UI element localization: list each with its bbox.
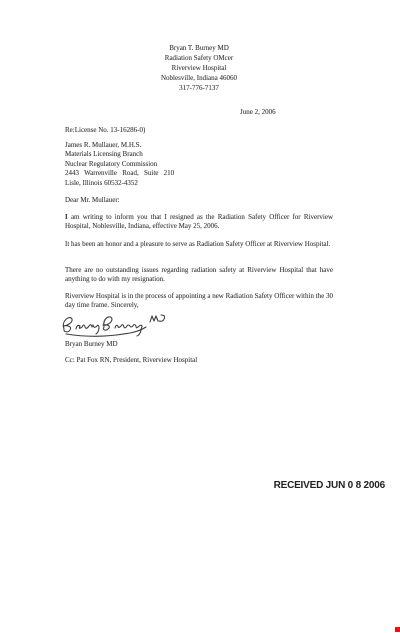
body-paragraph-3: There are no outstanding issues regardin…	[65, 266, 333, 284]
letter-date: June 2, 2006	[240, 108, 276, 117]
signature-ink-strokes	[58, 313, 170, 341]
recipient-city: Lisle, Illinois 60532-4352	[65, 179, 174, 188]
recipient-branch: Materials Licensing Branch	[65, 150, 174, 159]
letterhead-phone: 317-776-7137	[65, 83, 333, 93]
body-paragraph-1: I am writing to inform you that I resign…	[65, 213, 333, 231]
recipient-street: 2443 Warrenville Road, Suite 210	[65, 169, 174, 178]
handwritten-signature	[58, 313, 170, 341]
recipient-name: James R. Mullauer, M.H.S.	[65, 141, 174, 150]
recipient-agency: Nuclear Regulatory Commission	[65, 160, 174, 169]
letterhead-name: Bryan T. Burney MD	[65, 43, 333, 53]
recipient-address: James R. Mullauer, M.H.S. Materials Lice…	[65, 141, 174, 188]
body-paragraph-2: It has been an honor and a pleasure to s…	[65, 240, 333, 249]
paragraph-1-lead: I	[65, 213, 68, 221]
letterhead-city: Noblesville, Indiana 46060	[65, 73, 333, 83]
body-paragraph-4: Riverview Hospital is in the process of …	[65, 292, 333, 310]
letterhead-organization: Riverview Hospital	[65, 63, 333, 73]
received-date-stamp: RECEIVED JUN 0 8 2006	[274, 480, 385, 491]
cc-line: Cc: Pat Fox RN, President, Riverview Hos…	[65, 356, 197, 365]
salutation: Dear Mr. Mullauer:	[65, 196, 120, 205]
paragraph-1-text: am writing to inform you that I resigned…	[65, 213, 333, 230]
letterhead: Bryan T. Burney MD Radiation Safety OMce…	[65, 43, 333, 93]
scanned-letter-page: Bryan T. Burney MD Radiation Safety OMce…	[0, 0, 400, 633]
typed-signature-name: Bryan Burney MD	[65, 340, 118, 349]
reference-line: Re:License No. 13-16286-0)	[65, 126, 145, 135]
red-corner-marker	[395, 627, 400, 632]
letterhead-title: Radiation Safety OMcer	[65, 53, 333, 63]
